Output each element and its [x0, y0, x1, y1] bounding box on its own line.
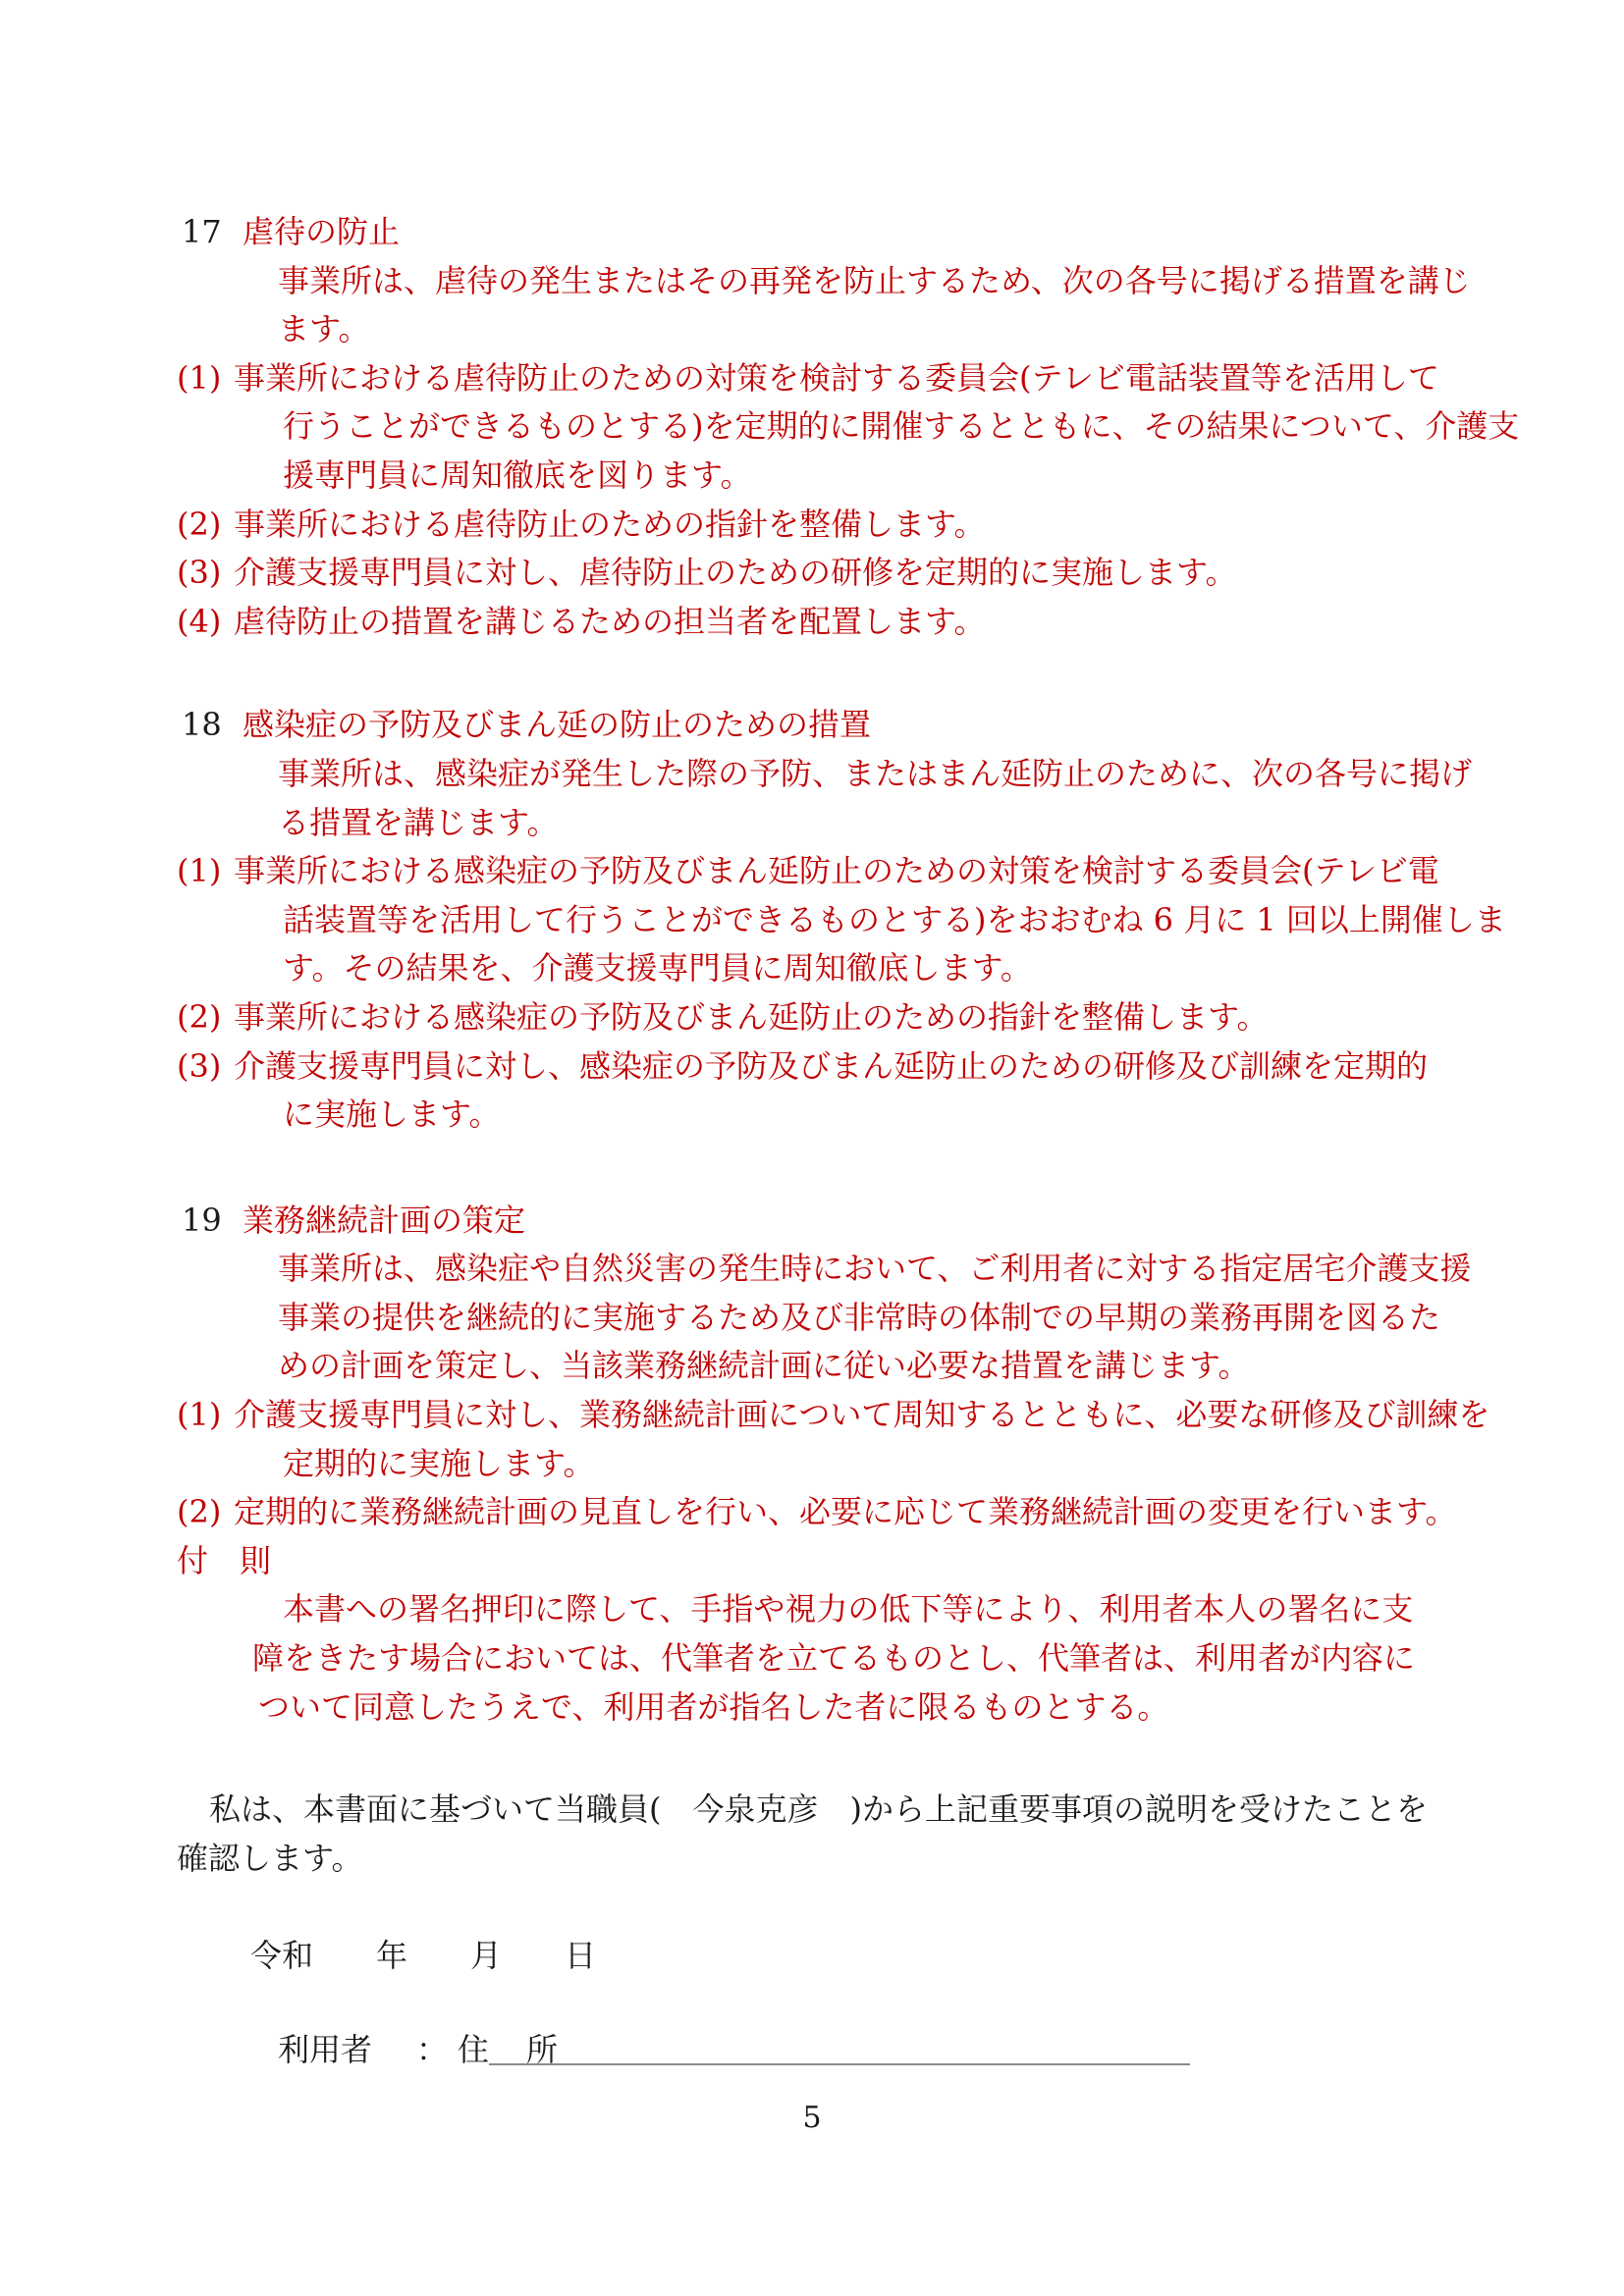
- list-item: (4)虐待防止の措置を講じるための担当者を配置します。: [0, 598, 1624, 647]
- section-heading: 17虐待の防止: [0, 208, 1624, 257]
- section-heading: 19業務継続計画の策定: [0, 1197, 1624, 1246]
- section-number: 18: [182, 701, 243, 750]
- list-item: (2)事業所における感染症の予防及びまん延防止のための指針を整備します。: [0, 993, 1624, 1042]
- section-gap: [0, 2075, 1624, 2094]
- item-wrap-line: に実施します。: [0, 1091, 1624, 1140]
- address-label: 所: [526, 2031, 558, 2068]
- section-19: 19業務継続計画の策定 事業所は、感染症や自然災害の発生時において、ご利用者に対…: [0, 1197, 1624, 1733]
- section-18: 18感染症の予防及びまん延の防止のための措置 事業所は、感染症が発生した際の予防…: [0, 701, 1624, 1139]
- signature-line: 利用者：住所: [0, 2026, 1624, 2075]
- item-marker: (2): [177, 993, 234, 1042]
- intro-line: ます。: [0, 305, 1624, 354]
- section-gap: [0, 1883, 1624, 1932]
- item-text: 事業所における虐待防止のための指針を整備します。: [234, 506, 985, 543]
- item-text: 介護支援専門員に対し、虐待防止のための研修を定期的に実施します。: [234, 554, 1236, 591]
- intro-line: 事業所は、感染症が発生した際の予防、またはまん延防止のために、次の各号に掲げ: [0, 750, 1624, 799]
- supplement-line: ついて同意したうえで、利用者が指名した者に限るものとする。: [0, 1683, 1624, 1733]
- item-text: 事業所における虐待防止のための対策を検討する委員会(テレビ電話装置等を活用して: [234, 359, 1439, 397]
- section-number: 19: [182, 1197, 243, 1246]
- list-item: (3)介護支援専門員に対し、虐待防止のための研修を定期的に実施します。: [0, 549, 1624, 598]
- confirmation-line: 私は、本書面に基づいて当職員( 今泉克彦 )から上記重要事項の説明を受けたことを: [0, 1786, 1624, 1835]
- list-item: (2)事業所における虐待防止のための指針を整備します。: [0, 501, 1624, 550]
- section-title: 業務継続計画の策定: [243, 1201, 525, 1239]
- item-wrap-line: 行うことができるものとする)を定期的に開催するとともに、その結果について、介護支: [0, 402, 1624, 452]
- document-page: 17虐待の防止 事業所は、虐待の発生またはその再発を防止するため、次の各号に掲げ…: [0, 0, 1624, 2296]
- item-marker: (2): [177, 1488, 234, 1537]
- item-marker: (3): [177, 549, 234, 598]
- document-content: 17虐待の防止 事業所は、虐待の発生またはその再発を防止するため、次の各号に掲げ…: [0, 0, 1624, 2142]
- item-text: 介護支援専門員に対し、業務継続計画について周知するとともに、必要な研修及び訓練を: [234, 1396, 1489, 1433]
- item-text: 事業所における感染症の予防及びまん延防止のための指針を整備します。: [234, 998, 1268, 1036]
- list-item: (1)介護支援専門員に対し、業務継続計画について周知するとともに、必要な研修及び…: [0, 1391, 1624, 1440]
- supplement-line: 本書への署名押印に際して、手指や視力の低下等により、利用者本人の署名に支: [0, 1585, 1624, 1634]
- section-title: 感染症の予防及びまん延の防止のための措置: [243, 706, 871, 743]
- item-text: 事業所における感染症の予防及びまん延防止のための対策を検討する委員会(テレビ電: [234, 852, 1439, 889]
- list-item: (1)事業所における感染症の予防及びまん延防止のための対策を検討する委員会(テレ…: [0, 847, 1624, 896]
- intro-line: 事業所は、感染症や自然災害の発生時において、ご利用者に対する指定居宅介護支援: [0, 1245, 1624, 1294]
- item-wrap-line: す。その結果を、介護支援専門員に周知徹底します。: [0, 944, 1624, 993]
- item-text: 介護支援専門員に対し、感染症の予防及びまん延防止のための研修及び訓練を定期的: [234, 1047, 1428, 1085]
- address-label: 住: [458, 2031, 489, 2068]
- confirmation-block: 私は、本書面に基づいて当職員( 今泉克彦 )から上記重要事項の説明を受けたことを…: [0, 1786, 1624, 1883]
- section-gap: [0, 646, 1624, 701]
- item-marker: (4): [177, 598, 234, 647]
- date-line: 令和 年 月 日: [0, 1932, 1624, 1981]
- item-wrap-line: 話装置等を活用して行うことができるものとする)をおおむね 6 月に 1 回以上開…: [0, 896, 1624, 945]
- section-gap: [0, 1140, 1624, 1197]
- item-marker: (3): [177, 1042, 234, 1092]
- signature-label: 利用者: [278, 2031, 372, 2068]
- item-marker: (1): [177, 354, 234, 403]
- list-item: (1)事業所における虐待防止のための対策を検討する委員会(テレビ電話装置等を活用…: [0, 354, 1624, 403]
- address-field-underline: 所: [489, 2026, 1190, 2065]
- supplement-heading: 付 則: [0, 1537, 1624, 1586]
- intro-line: 事業所は、虐待の発生またはその再発を防止するため、次の各号に掲げる措置を講じ: [0, 257, 1624, 306]
- item-wrap-line: 定期的に実施します。: [0, 1440, 1624, 1489]
- section-number: 17: [182, 208, 243, 257]
- item-text: 虐待防止の措置を講じるための担当者を配置します。: [234, 603, 985, 640]
- item-marker: (2): [177, 501, 234, 550]
- section-gap: [0, 1732, 1624, 1786]
- item-wrap-line: 援専門員に周知徹底を図ります。: [0, 452, 1624, 501]
- confirmation-line: 確認します。: [0, 1835, 1624, 1884]
- item-marker: (1): [177, 1391, 234, 1440]
- intro-line: めの計画を策定し、当該業務継続計画に従い必要な措置を講じます。: [0, 1342, 1624, 1391]
- page-number: 5: [0, 2094, 1624, 2143]
- list-item: (3)介護支援専門員に対し、感染症の予防及びまん延防止のための研修及び訓練を定期…: [0, 1042, 1624, 1092]
- signature-colon: ：: [416, 2031, 448, 2068]
- item-text: 定期的に業務継続計画の見直しを行い、必要に応じて業務継続計画の変更を行います。: [234, 1493, 1456, 1530]
- item-marker: (1): [177, 847, 234, 896]
- section-17: 17虐待の防止 事業所は、虐待の発生またはその再発を防止するため、次の各号に掲げ…: [0, 208, 1624, 646]
- list-item: (2)定期的に業務継続計画の見直しを行い、必要に応じて業務継続計画の変更を行いま…: [0, 1488, 1624, 1537]
- section-gap: [0, 1981, 1624, 2026]
- intro-line: 事業の提供を継続的に実施するため及び非常時の体制での早期の業務再開を図るた: [0, 1294, 1624, 1343]
- supplement-line: 障をきたす場合においては、代筆者を立てるものとし、代筆者は、利用者が内容に: [0, 1634, 1624, 1683]
- intro-line: る措置を講じます。: [0, 799, 1624, 848]
- section-heading: 18感染症の予防及びまん延の防止のための措置: [0, 701, 1624, 750]
- section-title: 虐待の防止: [243, 213, 400, 250]
